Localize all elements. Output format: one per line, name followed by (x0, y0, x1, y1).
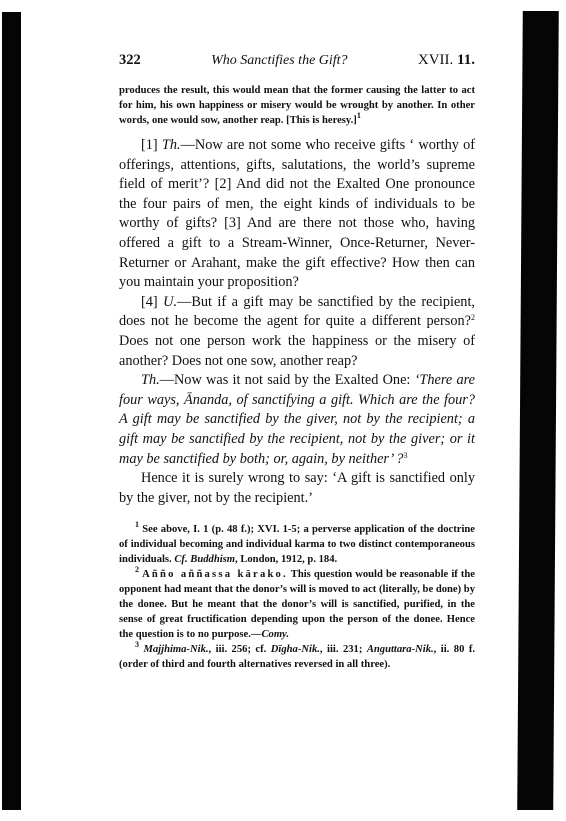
footnote-ref: 3 (403, 451, 407, 460)
pali-phrase: Añño aññassa kārako. (142, 569, 288, 580)
section-subnum: 11. (457, 52, 475, 68)
continued-text: produces the result, this would mean tha… (119, 85, 475, 126)
scan-edge-right (517, 11, 559, 810)
footnote-text: , iii. 256; cf. (209, 644, 271, 655)
footnote-mark: 1 (135, 520, 139, 529)
book-page: 322 Who Sanctifies the Gift? XVII. 11. p… (119, 52, 475, 672)
paragraph-3: Th.—Now was it not said by the Exalted O… (119, 371, 475, 469)
paragraph-text: —Now was it not said by the Exalted One: (160, 372, 415, 388)
paragraph-text: Hence it is surely wrong to say: ‘A gift… (119, 470, 475, 506)
footnote-3: 3 Majjhima-Nik., iii. 256; cf. Dīgha-Nik… (119, 642, 475, 672)
commentary-source: Comy. (261, 629, 289, 640)
footnote-text: , iii. 231; (320, 644, 367, 655)
speaker-label: Th. (162, 137, 181, 153)
footnote-mark: 2 (135, 565, 139, 574)
paragraph-text: —Now are not some who receive gifts ‘ wo… (119, 137, 475, 290)
footnote-ref: 1 (357, 111, 361, 120)
footnote-text: , London, 1912, p. 184. (235, 554, 337, 565)
section-roman: XVII. (418, 52, 453, 68)
book-title: Buddhism (190, 554, 235, 565)
citation-ref: Anguttara-Nik. (367, 644, 434, 655)
page-number: 322 (119, 52, 141, 69)
footnotes: 1 See above, I. 1 (p. 48 f.); XVI. 1-5; … (119, 522, 475, 672)
footnote-2: 2 Añño aññassa kārako. This question wou… (119, 567, 475, 642)
section-number: XVII. 11. (418, 52, 475, 69)
footnote-ref: 2 (471, 313, 475, 322)
continued-commentary: produces the result, this would mean tha… (119, 83, 475, 128)
scan-edge-left (2, 12, 21, 810)
section-marker: [1] (141, 137, 158, 153)
paragraph-2: [4] U.—But if a gift may be sanctified b… (119, 293, 475, 371)
speaker-label: Th. (141, 372, 160, 388)
citation-ref: Dīgha-Nik. (271, 644, 320, 655)
paragraph-1: [1] Th.—Now are not some who receive gif… (119, 136, 475, 293)
speaker-label: U. (163, 294, 177, 310)
footnote-cf: Cf. (174, 554, 187, 565)
main-text: [1] Th.—Now are not some who receive gif… (119, 136, 475, 508)
footnote-1: 1 See above, I. 1 (p. 48 f.); XVI. 1-5; … (119, 522, 475, 567)
paragraph-4: Hence it is surely wrong to say: ‘A gift… (119, 469, 475, 508)
section-marker: [4] (141, 294, 158, 310)
running-title: Who Sanctifies the Gift? (211, 53, 347, 69)
footnote-mark: 3 (135, 640, 139, 649)
paragraph-text: Does not one person work the happiness o… (119, 333, 475, 369)
running-header: 322 Who Sanctifies the Gift? XVII. 11. (119, 52, 475, 72)
citation-ref: Majjhima-Nik. (143, 644, 208, 655)
